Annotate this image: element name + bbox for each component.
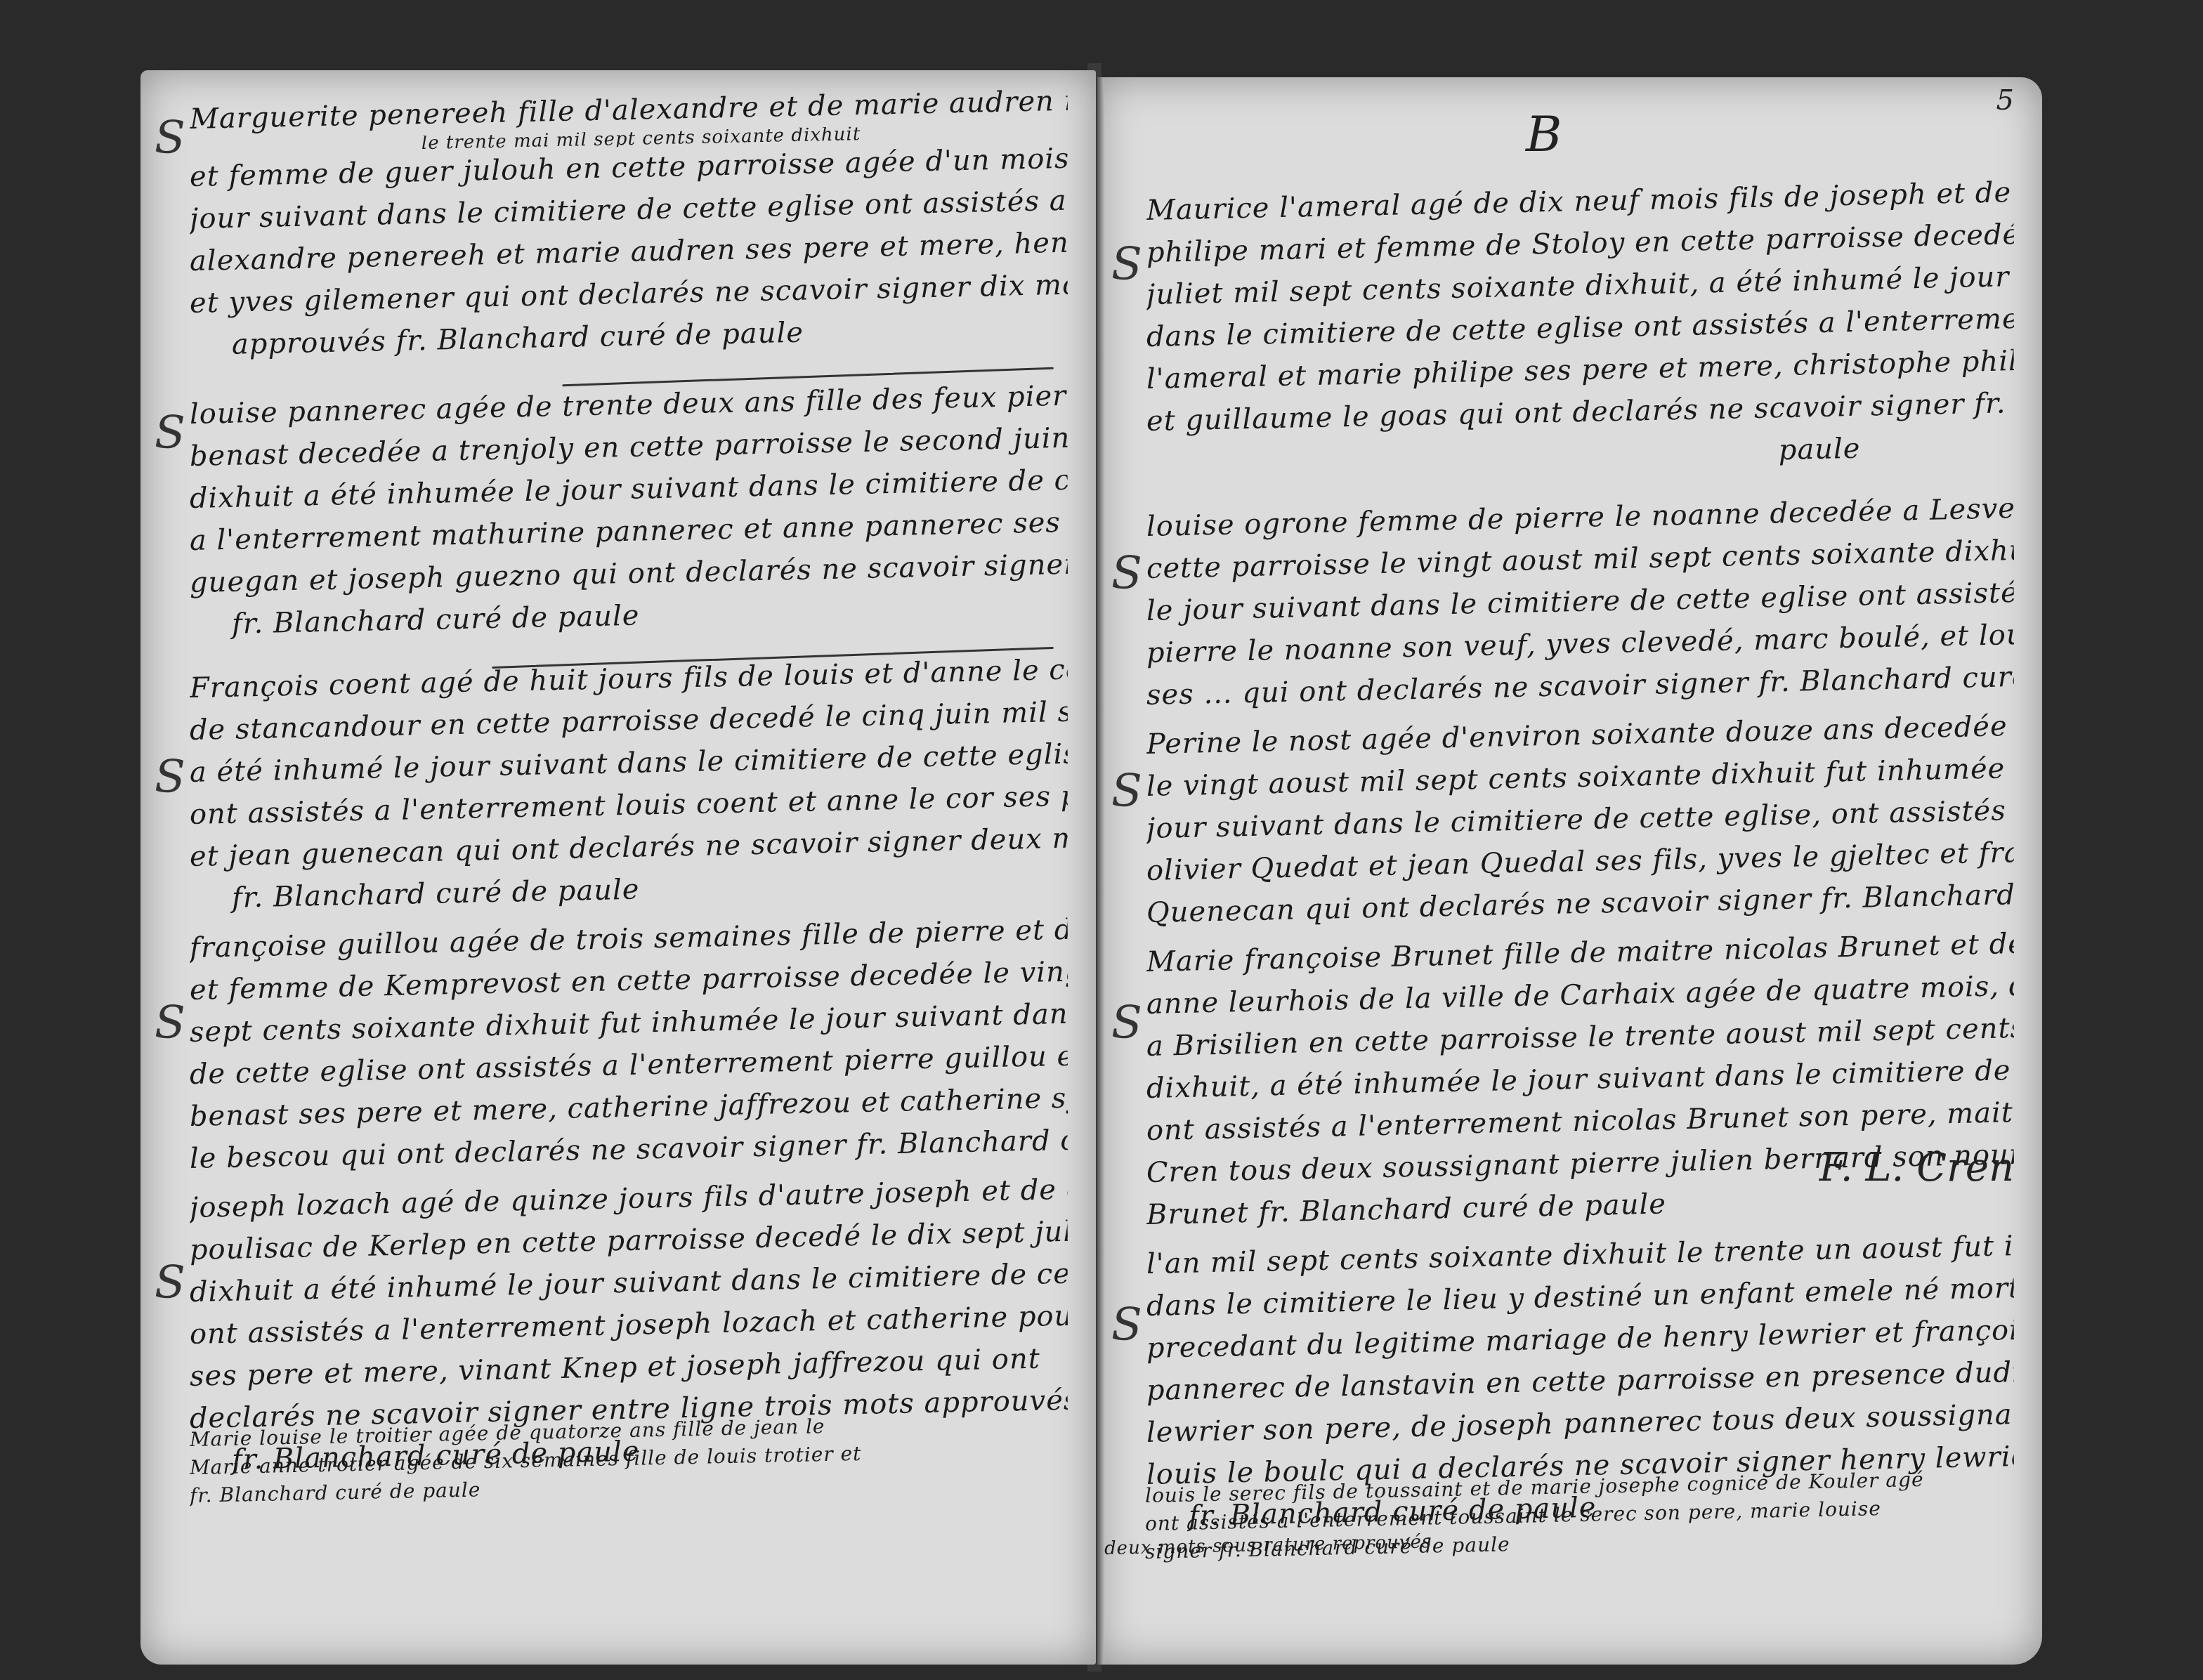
right-page: 5 B S Maurice l'ameral agé de dix neuf m… xyxy=(1097,77,2042,1665)
burial-entry: louis le serec fils de toussaint et de m… xyxy=(1145,1482,2030,1566)
margin-mark: S xyxy=(155,752,185,803)
burial-entry: Marie louise le troitier agée de quatorz… xyxy=(190,1426,1089,1510)
page-fold xyxy=(1097,77,1104,1665)
burial-entry: S françoise guillou agée de trois semain… xyxy=(190,927,1068,1180)
header-mark: B xyxy=(1526,105,1562,163)
margin-mark: S xyxy=(1111,548,1142,600)
burial-entry: S louise ogrone femme de pierre le noann… xyxy=(1146,506,2014,716)
margin-mark: S xyxy=(1111,239,1142,291)
burial-entry: S louise pannerec agée de trente deux an… xyxy=(190,393,1068,646)
burial-entry: S Marguerite penereeh fille d'alexandre … xyxy=(190,98,1068,367)
margin-mark: S xyxy=(155,407,185,459)
burial-entry: S François coent agé de huit jours fils … xyxy=(190,667,1068,920)
margin-mark: S xyxy=(155,997,185,1049)
margin-mark: S xyxy=(1111,1299,1142,1351)
folio-number: 5 xyxy=(1996,84,2014,117)
burial-entry: S Perine le nost agée d'environ soixante… xyxy=(1146,723,2014,934)
witness-signature: F. L. Cren xyxy=(1819,1145,2014,1190)
margin-mark: S xyxy=(155,112,185,164)
margin-mark: S xyxy=(1111,766,1142,818)
margin-mark: S xyxy=(1111,997,1142,1049)
burial-entry: S Marie françoise Brunet fille de maitre… xyxy=(1146,941,2014,1236)
margin-mark: S xyxy=(155,1257,185,1309)
burial-entry: S Maurice l'ameral agé de dix neuf mois … xyxy=(1146,190,2014,485)
